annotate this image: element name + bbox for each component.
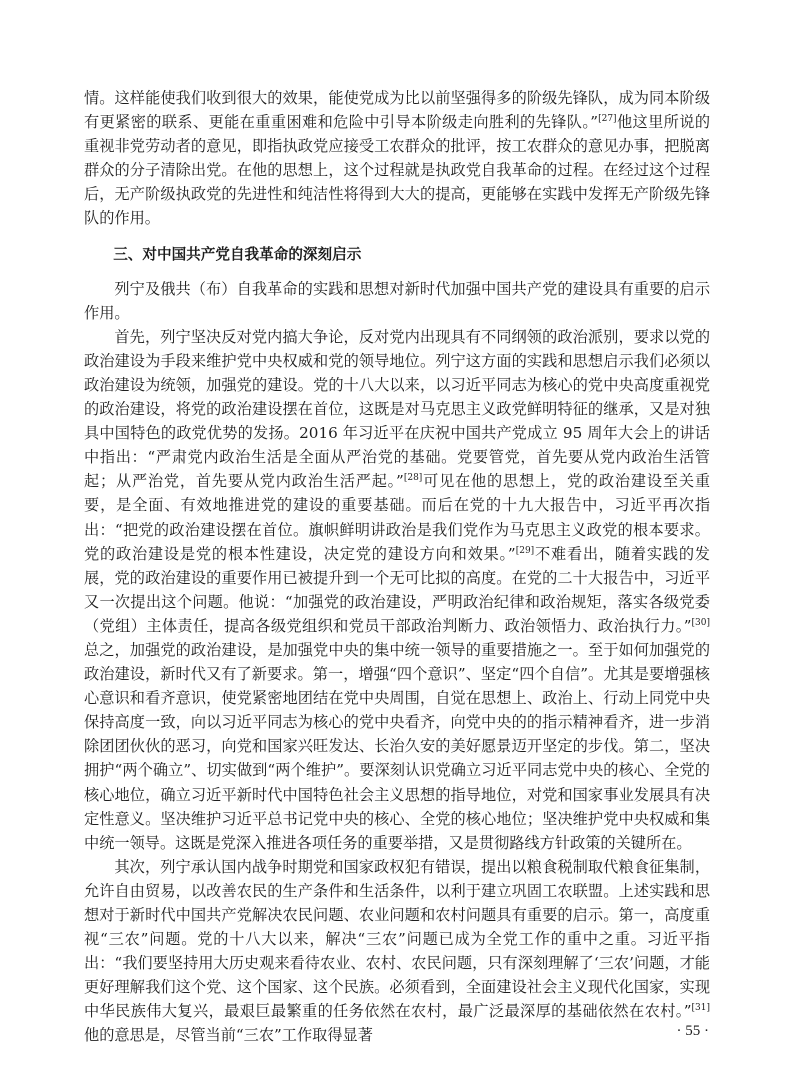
paragraph-second-point: 其次，列宁承认国内战争时期党和国家政权犯有错误，提出以粮食税制取代粮食征集制，允… <box>84 855 710 1048</box>
paragraph-continued: 情。这样能使我们收到很大的效果，能使党成为比以前坚强得多的阶级先锋队，成为同本阶… <box>84 86 710 231</box>
paragraph-intro: 列宁及俄共（布）自我革命的实践和思想对新时代加强中国共产党的建设具有重要的启示作… <box>84 277 710 325</box>
page-body: 情。这样能使我们收到很大的效果，能使党成为比以前坚强得多的阶级先锋队，成为同本阶… <box>84 86 710 1048</box>
paragraph-text: 他的意思是，尽管当前“三农”工作取得显著 <box>84 1026 373 1044</box>
citation-ref: [29] <box>516 546 534 556</box>
paragraph-text: 列宁及俄共（布）自我革命的实践和思想对新时代加强中国共产党的建设具有重要的启示作… <box>84 280 710 322</box>
citation-ref: [28] <box>404 473 422 483</box>
section-heading: 三、对中国共产党自我革命的深刻启示 <box>84 243 710 267</box>
paragraph-text: 首先，列宁坚决反对党内搞大争论，反对党内出现具有不同纲领的政治派别，要求以党的政… <box>84 328 710 491</box>
citation-ref: [27] <box>598 114 616 124</box>
citation-ref: [31] <box>692 1003 710 1013</box>
paragraph-text: 总之，加强党的政治建设，是加强党中央的集中统一领导的重要措施之一。至于如何加强党… <box>84 641 710 852</box>
paragraph-first-point: 首先，列宁坚决反对党内搞大争论，反对党内出现具有不同纲领的政治派别，要求以党的政… <box>84 325 710 855</box>
paragraph-text: 其次，列宁承认国内战争时期党和国家政权犯有错误，提出以粮食税制取代粮食征集制，允… <box>84 858 710 1021</box>
page-number: · 55 · <box>677 1023 710 1040</box>
citation-ref: [30] <box>692 618 710 628</box>
